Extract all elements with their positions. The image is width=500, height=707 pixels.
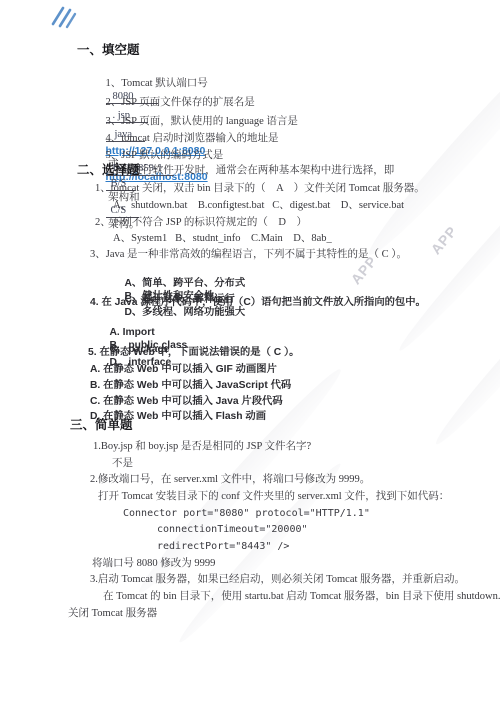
code-redirect-line: redirectPort="8443" /> (157, 540, 289, 553)
choice-q3-stem: 3、Java 是一种非常高效的编程语言，下列不属于其特性的是（ C ）。 (90, 248, 407, 261)
section-heading-choice: 二、选择题 (77, 164, 140, 177)
choice-q1-stem: 1、tomcat 关闭，双击 bin 目录下的（ A ）文件关闭 Tomcat … (95, 182, 425, 195)
short-q2-conclusion: 将端口号 8080 修改为 9999 (92, 557, 215, 570)
choice-q2-options: A、System1 B、studnt_info C.Main D、8ab_ (113, 232, 332, 245)
short-q3-answer-line1: 在 Tomcat 的 bin 目录下，使用 startu.bat 启动 Tomc… (103, 590, 500, 603)
short-q3: 3.启动 Tomcat 服务器，如果已经启动，则必须关闭 Tomcat 服务器，… (90, 573, 465, 586)
choice-q5-stem: 5. 在静态 Web 中，下面说法错误的是（ C ）。 (88, 346, 299, 359)
section-heading-fill-blanks: 一、填空题 (77, 44, 140, 57)
choice-q5-option-a: A. 在静态 Web 中可以插入 GIF 动画图片 (90, 363, 277, 376)
choice-q4-stem: 4. 在 Java 源程序代码中，使用（C）语句把当前文件放入所指向的包中。 (90, 296, 426, 309)
watermark-text: APP (428, 223, 461, 258)
watermark-streak (174, 458, 346, 647)
short-q2-explain: 打开 Tomcat 安装目录下的 conf 文件夹里的 server.xml 文… (98, 490, 449, 503)
document-page: APP APP 一、填空题 1、Tomcat 默认端口号 8080 2、JSP … (0, 0, 500, 707)
choice-q1-options: A、shutdown.bat B.configtest.bat C、digest… (113, 199, 404, 212)
code-timeout-line: connectionTimeout="20000" (157, 523, 308, 536)
choice-q5-option-b: B. 在静态 Web 中可以插入 JavaScript 代码 (90, 379, 291, 392)
code-connector-line: Connector port="8080" protocol="HTTP/1.1… (123, 507, 370, 520)
choice-q5-option-c: C. 在静态 Web 中可以插入 Java 片段代码 (90, 395, 283, 408)
fill-item-6-text: 6、在进行软件开发时，通常会在两种基本架构中进行选择，即 (106, 165, 395, 176)
choice-q2-stem: 2、下列不符合 JSP 的标识符规定的（ D ） (95, 216, 307, 229)
corner-logo-icon (50, 4, 77, 30)
short-q1: 1.Boy.jsp 和 boy.jsp 是否是相同的 JSP 文件名字? (93, 440, 311, 453)
short-q2: 2.修改端口号，在 server.xml 文件中，将端口号修改为 9999。 (90, 473, 370, 486)
short-q3-answer-line2: 关闭 Tomcat 服务器 (68, 607, 157, 620)
section-heading-short-answer: 三、简单题 (70, 419, 133, 432)
short-q1-answer: 不是 (112, 457, 133, 470)
